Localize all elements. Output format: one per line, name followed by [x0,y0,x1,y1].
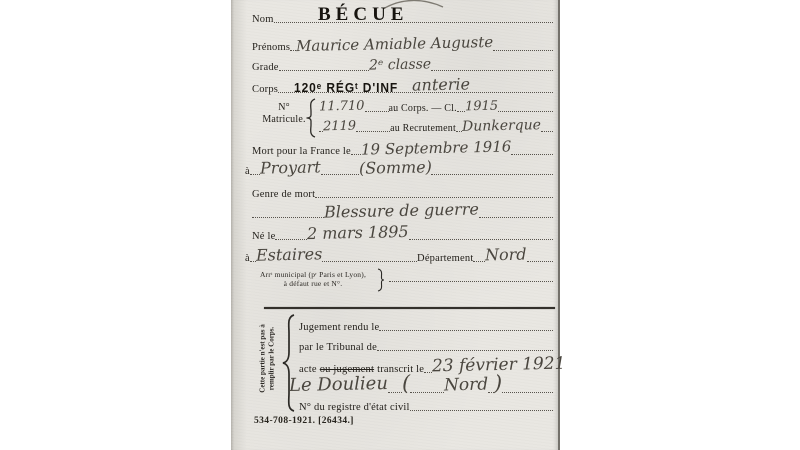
rule-dotted [431,70,553,71]
classe-handwritten: 1915 [465,100,498,114]
etat-civil-brace [281,313,296,413]
rule-dotted [457,111,465,112]
field-mort-lieu: à Proyart (Somme) [245,159,553,178]
field-genre-mort: Genre de mort [252,186,553,201]
arrondissement-blank-line [389,281,553,282]
rule-dotted [275,239,307,240]
field-naissance-lieu: à Estaires Département Nord [245,246,553,265]
scan-page: Nom BÉCUE Prénoms Maurice Amiable August… [0,0,800,450]
rule-dotted [493,50,553,51]
arrondissement-brace [377,268,385,292]
grade-handwritten: 2ᵉ classe [369,57,431,72]
rule-dotted [279,70,369,71]
rule-dotted [424,372,432,373]
field-corps: Corps 120ᵉ RÉGᵗ D'INF anterie [252,77,553,96]
section-divider [264,307,555,309]
field-tribunal: par le Tribunal de [299,338,553,354]
rule-dotted [274,22,553,23]
rule-dotted [356,131,390,132]
field-naissance: Né le 2 mars 1895 [252,224,553,243]
nom-label: Nom [252,14,274,26]
arrondissement-line2: à défaut rue et N°. [252,279,374,288]
naissance-commune-handwritten: Estaires [256,246,323,263]
rule-dotted [315,197,553,198]
rule-dotted [410,392,444,393]
matricule-corps-line: 11.710 au Corps. — Cl. 1915 [319,98,553,115]
genre-mort-handwritten: Blessure de guerre [324,201,479,220]
field-nom: Nom BÉCUE [252,8,553,26]
naissance-lieu-label: à [245,253,250,265]
grade-label: Grade [252,62,279,74]
transcription-commune-handwritten: Le Doulieu [289,375,388,395]
rule-dotted [410,410,553,411]
rule-dotted [388,392,402,393]
jugement-label: Jugement rendu le [299,322,379,334]
arrondissement-label-block: Arrᵗ municipal (pʳ Paris et Lyon), à déf… [252,270,374,288]
au-corps-label: au Corps. — Cl. [389,103,457,115]
margin-note-vertical: Cette partie n'est pas à remplir par le … [259,316,276,402]
nom-stamp-value: BÉCUE [318,5,408,24]
field-jugement: Jugement rendu le [299,318,553,334]
rule-dotted [377,350,553,351]
mort-label: Mort pour la France le [252,146,351,158]
rule-dotted [527,261,553,262]
field-transcription-lieu: Le Doulieu ( Nord ) [289,374,553,396]
rule-dotted [379,330,553,331]
rule-dotted [511,154,553,155]
paren-open-handwritten: ( [402,373,411,394]
mort-lieu-label: à [245,166,250,178]
rule-dotted [498,111,553,112]
prenoms-handwritten: Maurice Amiable Auguste [296,35,493,54]
rule-dotted [351,154,361,155]
record-card: Nom BÉCUE Prénoms Maurice Amiable August… [231,0,560,450]
rule-dotted [322,261,417,262]
prenoms-label: Prénoms [252,42,290,54]
matricule-brace [305,98,316,138]
paren-close-handwritten: ) [494,373,503,394]
corps-handwritten: anterie [412,76,470,93]
matricule-recrutement-line: 2119 au Recrutement Dunkerque [319,118,553,135]
mort-departement-handwritten: (Somme) [358,159,431,177]
rule-dotted [473,261,485,262]
au-recrutement-label: au Recrutement [390,123,456,135]
rule-dotted [502,392,553,393]
ne-le-label: Né le [252,231,275,243]
rule-dotted [321,174,359,175]
field-grade: Grade 2ᵉ classe [252,57,553,74]
corps-label: Corps [252,84,278,96]
rule-dotted [252,217,324,218]
rule-dotted [431,174,553,175]
departement-label: Département [417,253,473,265]
rule-dotted [409,239,553,240]
matricule-corps-number: 11.710 [319,100,365,114]
field-transcription: acte ou jugement transcrit le 23 février… [299,356,553,376]
rule-dotted [250,174,260,175]
arrondissement-line1: Arrᵗ municipal (pʳ Paris et Lyon), [252,270,374,279]
genre-mort-value-line: Blessure de guerre [252,202,553,221]
matricule-recrutement-number: 2119 [323,120,356,134]
registre-label: N° du registre d'état civil [299,402,410,414]
rule-dotted [479,217,553,218]
form-reference: 534-708-1921. [26434.] [254,416,354,426]
naissance-date-handwritten: 2 mars 1895 [307,224,409,242]
corps-stamp-value: 120ᵉ RÉGᵗ D'INF [294,81,398,94]
departement-handwritten: Nord [485,247,527,264]
transcription-departement-handwritten: Nord [444,377,488,395]
field-prenoms: Prénoms Maurice Amiable Auguste [252,35,553,54]
genre-mort-label: Genre de mort [252,189,315,201]
rule-dotted [250,261,256,262]
field-registre: N° du registre d'état civil [299,399,553,414]
field-mort-date: Mort pour la France le 19 Septembre 1916 [252,140,553,158]
rule-dotted [541,131,553,132]
mort-date-handwritten: 19 Septembre 1916 [361,139,512,157]
rule-dotted [365,111,389,112]
mort-commune-handwritten: Proyart [260,159,321,176]
recrutement-place-handwritten: Dunkerque [462,118,541,134]
rule-dotted [456,131,462,132]
tribunal-label: par le Tribunal de [299,342,377,354]
